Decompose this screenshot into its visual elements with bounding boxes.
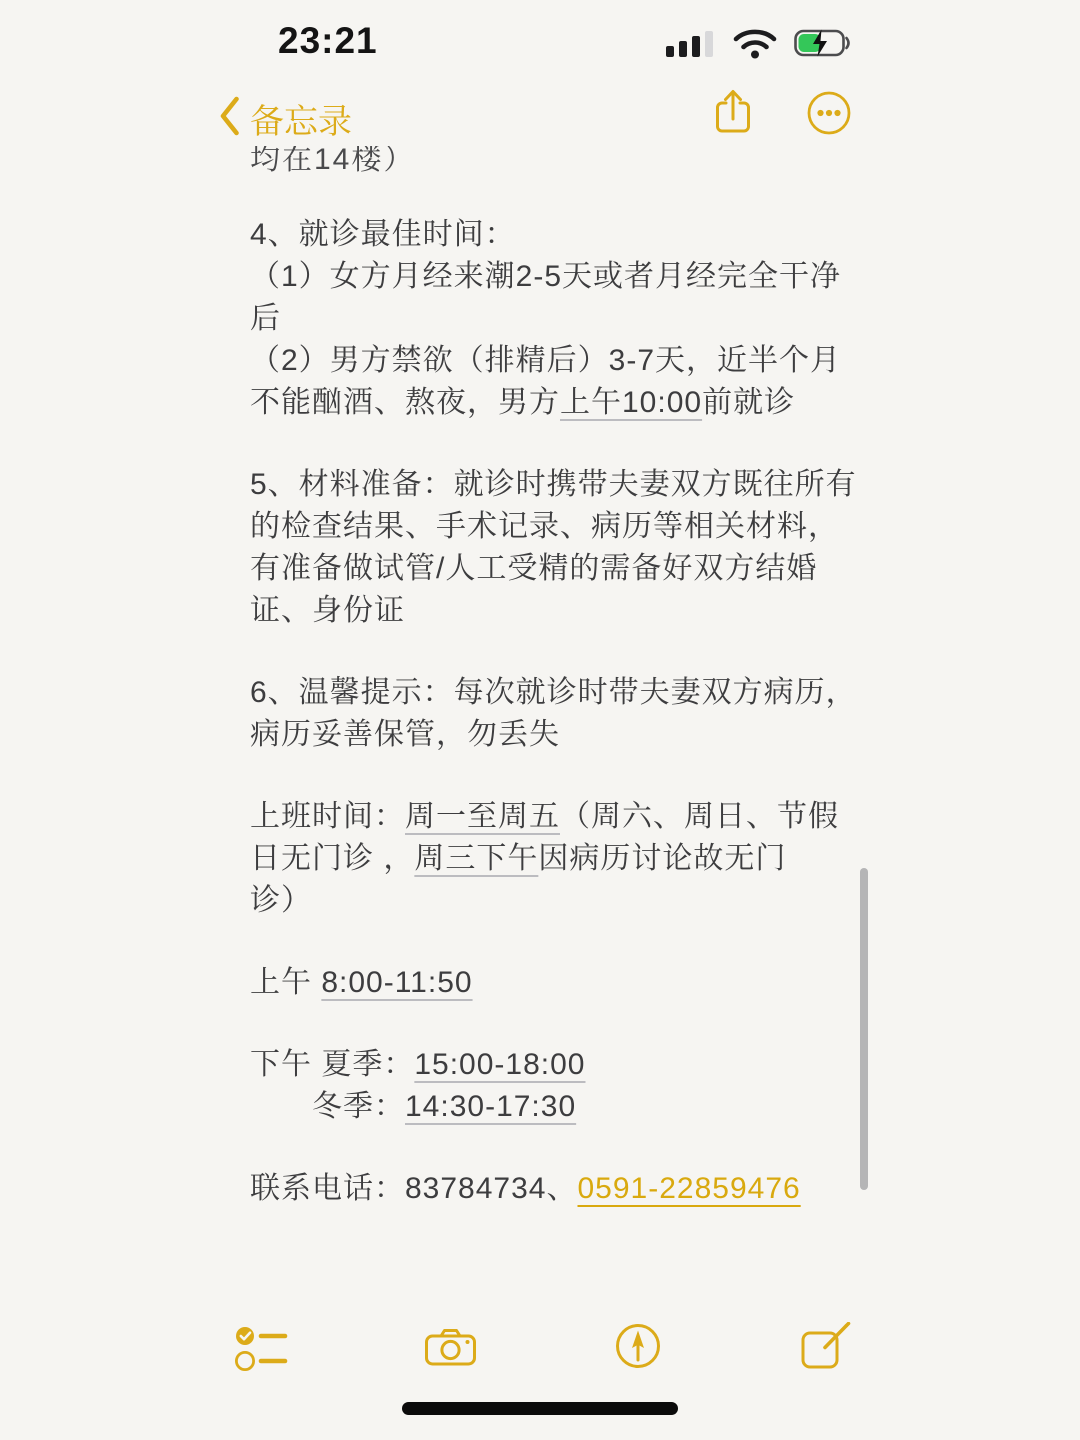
status-bar: 23:21 xyxy=(0,0,1080,80)
notes-app-screen: 23:21 xyxy=(0,0,1080,1440)
note-line: 联系电话：83784734、0591-22859476 xyxy=(250,1168,857,1210)
detected-data-link[interactable]: 8:00-11:50 xyxy=(321,966,472,999)
note-paragraph: 5、材料准备：就诊时携带夫妻双方既往所有 的检查结果、手术记录、病历等相关材料，… xyxy=(250,464,857,632)
back-button[interactable]: 备忘录 xyxy=(218,94,352,143)
note-line: 日无门诊 ，周三下午因病历讨论故无门 xyxy=(250,838,857,880)
note-body: 4、就诊最佳时间： （1）女方月经来潮2-5天或者月经完全干净 后 （2）男方禁… xyxy=(250,214,857,1210)
nav-bar: 备忘录 xyxy=(0,80,1080,146)
checklist-icon xyxy=(234,1324,288,1374)
note-paragraph: 上班时间：周一至周五（周六、周日、节假 日无门诊 ，周三下午因病历讨论故无门 诊… xyxy=(250,796,857,922)
note-paragraph: 4、就诊最佳时间： （1）女方月经来潮2-5天或者月经完全干净 后 （2）男方禁… xyxy=(250,214,857,424)
note-line: 不能酗酒、熬夜，男方上午10:00前就诊 xyxy=(250,382,857,424)
note-line: 有准备做试管/人工受精的需备好双方结婚 xyxy=(250,548,857,590)
home-indicator[interactable] xyxy=(402,1402,678,1415)
note-line: 4、就诊最佳时间： xyxy=(250,214,857,256)
battery-charging-icon xyxy=(794,28,852,63)
detected-data-link[interactable]: 14:30-17:30 xyxy=(405,1090,576,1123)
phone-link[interactable]: 0591-22859476 xyxy=(577,1172,800,1205)
text-segment: （1）女方月经来潮2-5天或者月经完全干净 xyxy=(250,260,841,293)
note-paragraph: 6、温馨提示：每次就诊时带夫妻双方病历， 病历妥善保管，勿丢失 xyxy=(250,672,857,756)
note-line: 下午 夏季：15:00-18:00 xyxy=(250,1044,857,1086)
note-paragraph: 联系电话：83784734、0591-22859476 xyxy=(250,1168,857,1210)
text-segment: 后 xyxy=(250,302,281,335)
back-label: 备忘录 xyxy=(250,94,352,143)
camera-button[interactable] xyxy=(424,1326,478,1373)
back-chevron-icon xyxy=(218,95,240,142)
markup-button[interactable] xyxy=(614,1322,662,1375)
note-line: 的检查结果、手术记录、病历等相关材料， xyxy=(250,506,857,548)
detected-data-link[interactable]: 上午10:00 xyxy=(560,386,702,419)
text-segment: （2）男方禁欲（排精后）3-7天，近半个月 xyxy=(250,344,841,377)
status-icons xyxy=(664,26,852,65)
note-line: 5、材料准备：就诊时携带夫妻双方既往所有 xyxy=(250,464,857,506)
text-segment: 病历妥善保管，勿丢失 xyxy=(250,718,560,751)
note-line: 诊） xyxy=(250,880,857,922)
text-segment: 诊） xyxy=(250,884,312,917)
note-line: 上班时间：周一至周五（周六、周日、节假 xyxy=(250,796,857,838)
share-button[interactable] xyxy=(712,88,754,138)
note-line: （1）女方月经来潮2-5天或者月经完全干净 xyxy=(250,256,857,298)
text-segment: 证、身份证 xyxy=(250,594,405,627)
text-segment: 上午 xyxy=(250,966,321,999)
text-segment: 不能酗酒、熬夜，男方 xyxy=(250,386,560,419)
clock: 23:21 xyxy=(278,20,378,62)
note-paragraph: 上午 8:00-11:50 xyxy=(250,962,857,1004)
text-segment: 下午 夏季： xyxy=(250,1048,414,1081)
text-segment: 前就诊 xyxy=(702,386,795,419)
note-line: 病历妥善保管，勿丢失 xyxy=(250,714,857,756)
nav-actions xyxy=(712,88,852,138)
camera-icon xyxy=(424,1326,478,1368)
bottom-toolbar xyxy=(0,1314,1080,1394)
wifi-icon xyxy=(732,26,778,65)
note-line: 证、身份证 xyxy=(250,590,857,632)
text-segment: 4、就诊最佳时间： xyxy=(250,218,516,251)
text-segment: 的检查结果、手术记录、病历等相关材料， xyxy=(250,510,839,543)
text-segment: 日无门诊 ， xyxy=(250,842,414,875)
text-segment: 因病历讨论故无门 xyxy=(538,842,786,875)
markup-pen-icon xyxy=(614,1322,662,1370)
text-segment: 6、温馨提示：每次就诊时带夫妻双方病历， xyxy=(250,676,857,709)
scrollbar-thumb[interactable] xyxy=(860,868,868,1190)
detected-data-link[interactable]: 周三下午 xyxy=(414,842,538,875)
text-segment: （周六、周日、节假 xyxy=(560,800,839,833)
ellipsis-circle-icon xyxy=(806,90,852,136)
text-segment: 上班时间： xyxy=(250,800,405,833)
note-paragraph: 下午 夏季：15:00-18:00 冬季：14:30-17:30 xyxy=(250,1044,857,1128)
text-segment: 有准备做试管/人工受精的需备好双方结婚 xyxy=(250,552,817,585)
text-segment: 冬季： xyxy=(250,1090,405,1123)
note-line: 6、温馨提示：每次就诊时带夫妻双方病历， xyxy=(250,672,857,714)
note-line: 冬季：14:30-17:30 xyxy=(250,1086,857,1128)
more-button[interactable] xyxy=(806,90,852,136)
compose-button[interactable] xyxy=(800,1322,852,1377)
note-line: （2）男方禁欲（排精后）3-7天，近半个月 xyxy=(250,340,857,382)
checklist-button[interactable] xyxy=(234,1324,288,1379)
share-icon xyxy=(712,88,754,138)
compose-icon xyxy=(800,1322,852,1372)
note-line: 后 xyxy=(250,298,857,340)
cellular-signal-icon xyxy=(664,26,716,65)
detected-data-link[interactable]: 15:00-18:00 xyxy=(414,1048,585,1081)
text-segment: 5、材料准备：就诊时携带夫妻双方既往所有 xyxy=(250,468,857,501)
text-segment: 联系电话：83784734、 xyxy=(250,1172,577,1205)
detected-data-link[interactable]: 周一至周五 xyxy=(405,800,560,833)
note-line: 上午 8:00-11:50 xyxy=(250,962,857,1004)
